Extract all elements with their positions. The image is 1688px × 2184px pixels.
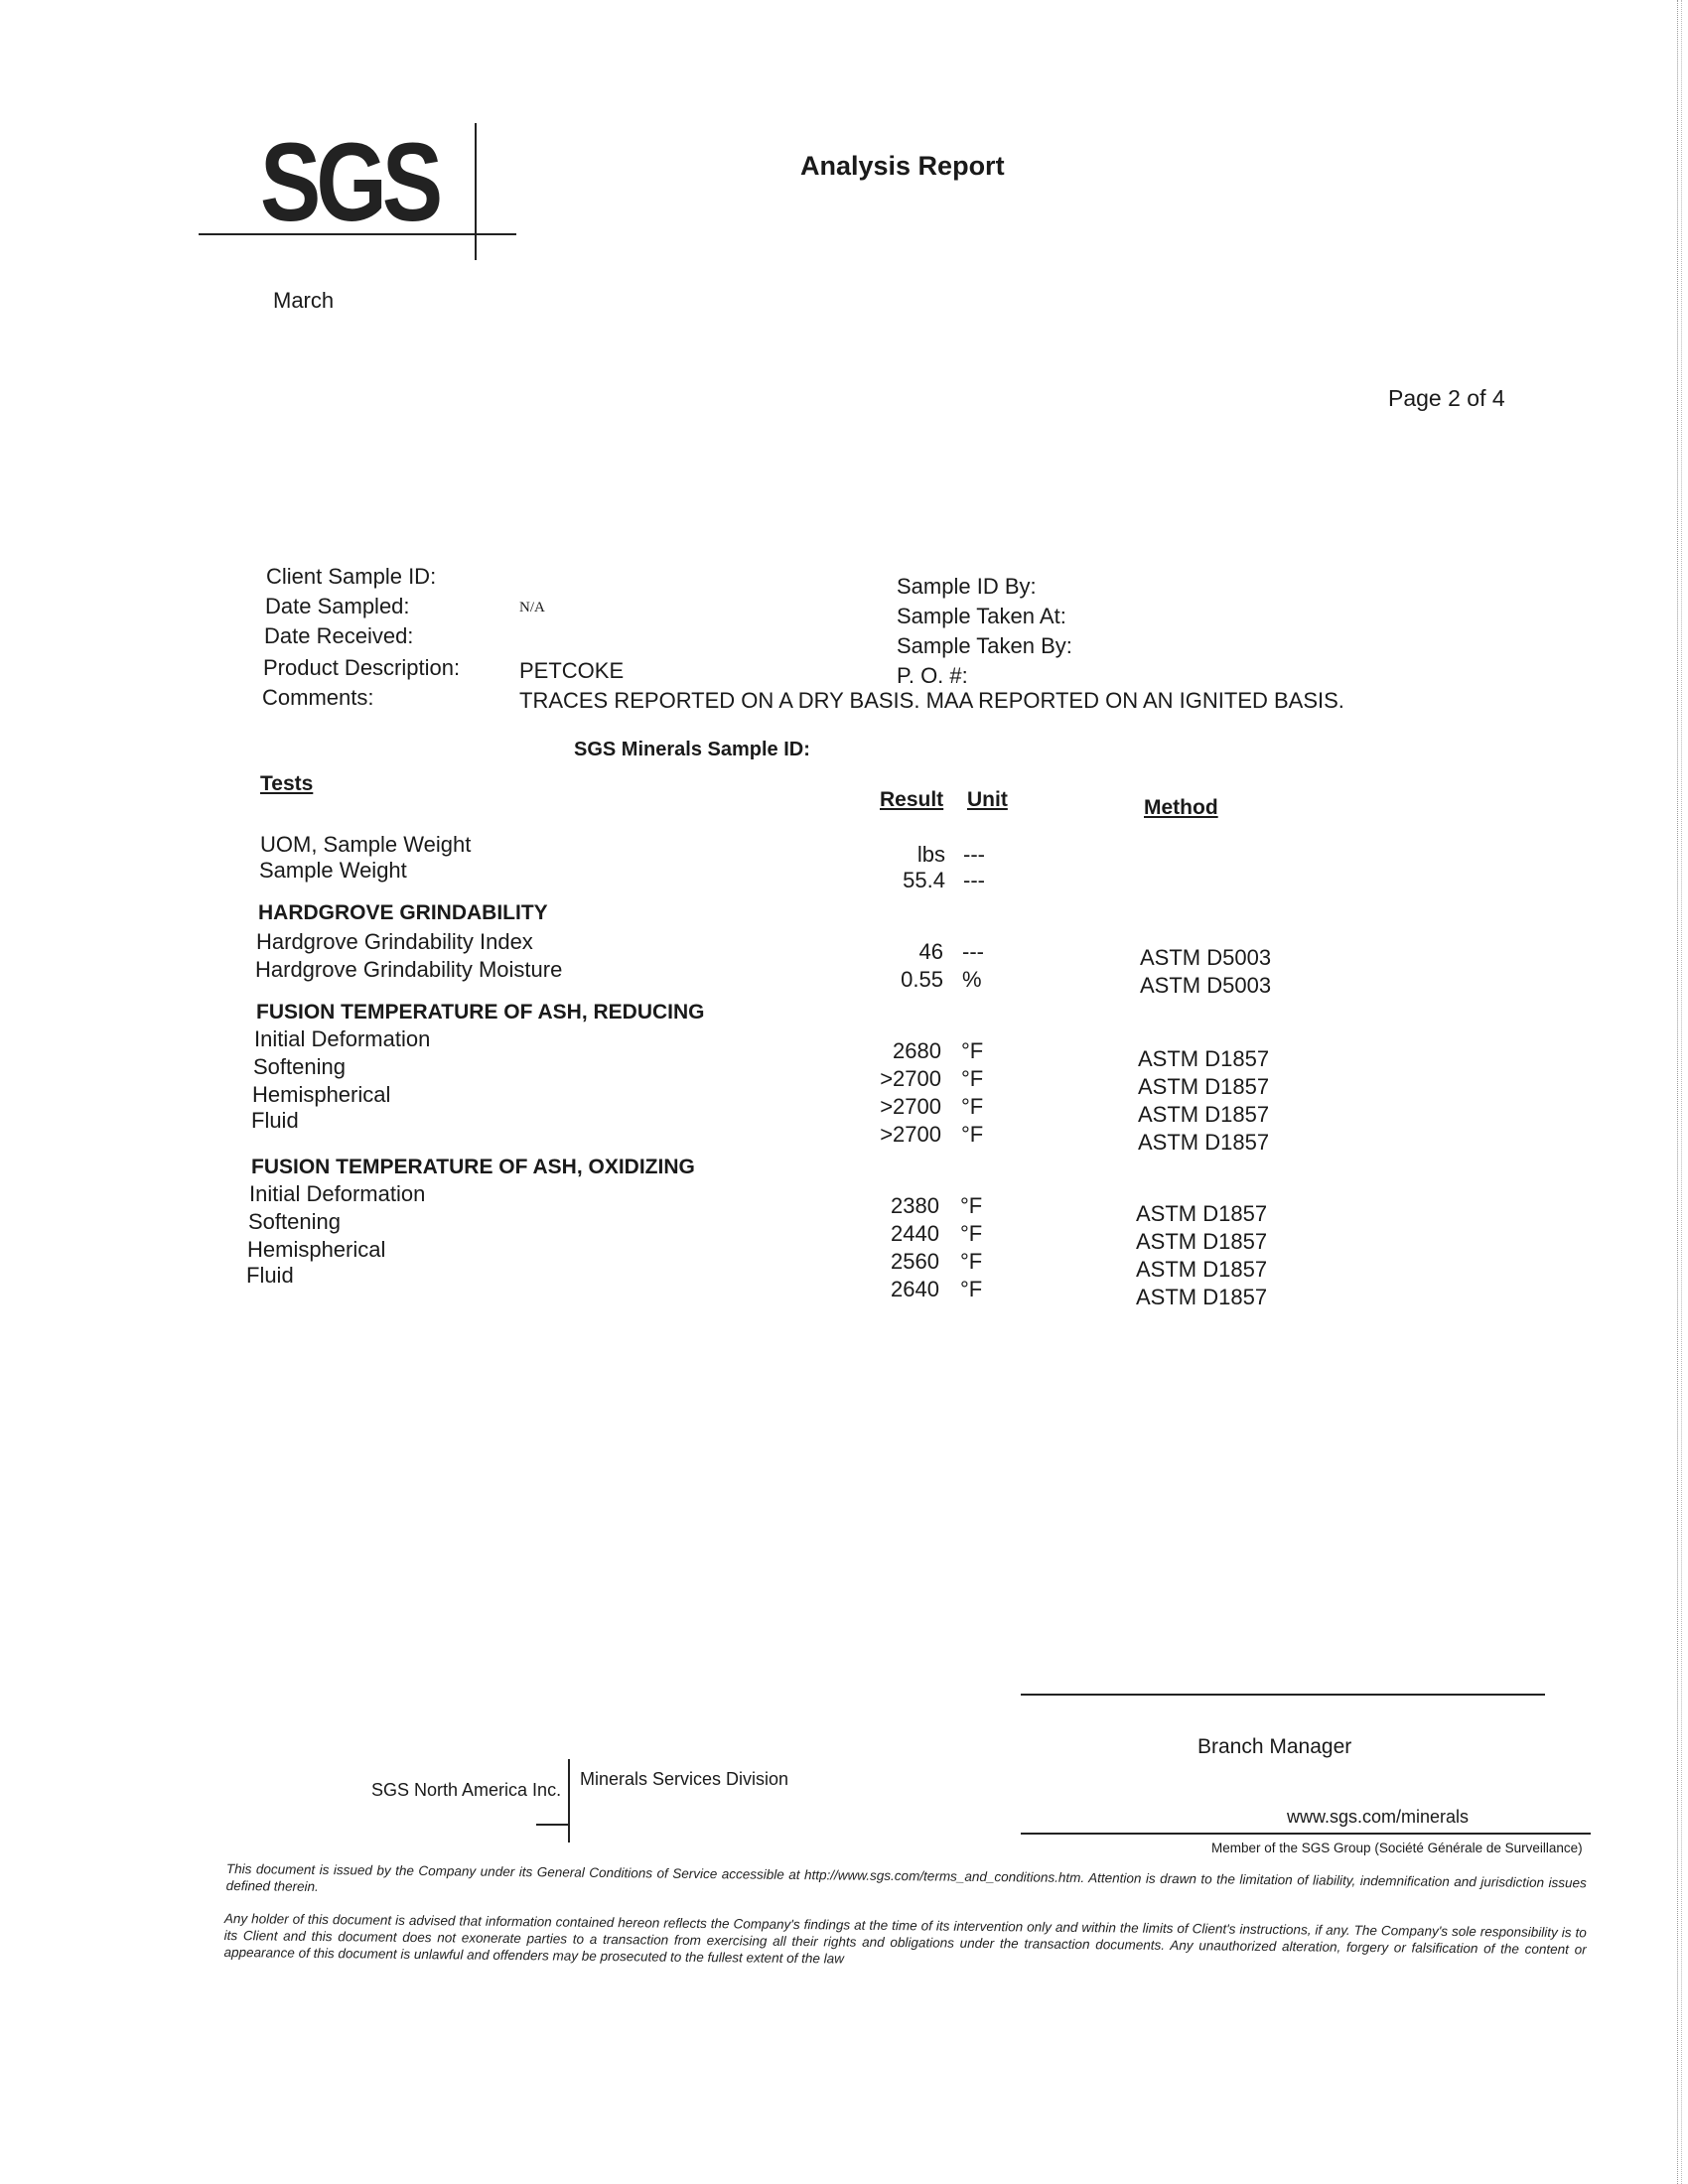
info-label: Sample Taken At: [897,604,1066,629]
test-result: 2640 [840,1277,939,1302]
test-name: Fluid [251,1108,299,1134]
test-method: ASTM D5003 [1140,945,1271,971]
test-unit: --- [962,939,984,965]
footer-rule [1021,1833,1591,1835]
test-name: Softening [253,1054,346,1080]
info-label: Date Received: [264,623,413,649]
info-label: P. O. #: [897,663,968,689]
info-value: N/A [519,600,545,616]
signature-title: Branch Manager [1197,1735,1351,1759]
page-indicator: Page 2 of 4 [1388,385,1505,412]
test-method: ASTM D1857 [1138,1130,1269,1156]
test-result: 0.55 [844,967,943,993]
test-result: 2380 [840,1193,939,1219]
test-name: Initial Deformation [254,1026,430,1052]
test-result: 55.4 [846,868,945,893]
test-unit: °F [960,1249,982,1275]
footer-divider-tick [536,1824,570,1826]
logo-rule-vertical [475,123,477,260]
test-name: Hemispherical [252,1082,390,1108]
test-name: Hardgrove Grindability Moisture [255,957,562,983]
test-method: ASTM D1857 [1138,1074,1269,1100]
test-result: 2680 [842,1038,941,1064]
info-label: Sample ID By: [897,574,1037,600]
test-method: ASTM D1857 [1136,1201,1267,1227]
company-name: SGS North America Inc. [371,1780,561,1801]
test-unit: °F [961,1066,983,1092]
test-name: UOM, Sample Weight [260,832,471,858]
col-header-method: Method [1144,796,1218,820]
test-name: Hemispherical [247,1237,385,1263]
report-title: Analysis Report [800,151,1005,182]
test-name: Sample Weight [259,858,407,884]
test-unit: °F [960,1193,982,1219]
test-unit: °F [961,1122,983,1148]
test-unit: % [962,967,982,993]
minerals-sample-id-label: SGS Minerals Sample ID: [574,739,810,761]
info-value: PETCOKE [519,658,624,684]
legal-disclaimer: Any holder of this document is advised t… [223,1910,1586,1975]
test-method: ASTM D1857 [1138,1046,1269,1072]
test-result: 2560 [840,1249,939,1275]
test-method: ASTM D1857 [1136,1285,1267,1310]
section-heading: HARDGROVE GRINDABILITY [258,901,548,925]
test-unit: --- [963,842,985,868]
test-name: Fluid [246,1263,294,1289]
col-header-tests: Tests [260,772,313,796]
test-result: >2700 [842,1094,941,1120]
section-heading: FUSION TEMPERATURE OF ASH, REDUCING [256,1001,705,1024]
test-result: lbs [846,842,945,868]
test-name: Softening [248,1209,341,1235]
member-note: Member of the SGS Group (Société Général… [1211,1841,1583,1855]
test-method: ASTM D1857 [1136,1229,1267,1255]
logo-rule [199,233,516,235]
info-label: Client Sample ID: [266,564,436,590]
sgs-logo: SGS [260,127,438,238]
legal-terms: This document is issued by the Company u… [226,1860,1587,1908]
website-link[interactable]: www.sgs.com/minerals [1287,1807,1469,1828]
info-value: TRACES REPORTED ON A DRY BASIS. MAA REPO… [519,688,1344,714]
test-name: Hardgrove Grindability Index [256,929,533,955]
test-result: >2700 [842,1122,941,1148]
scan-edge [1677,0,1682,2184]
test-result: >2700 [842,1066,941,1092]
col-header-unit: Unit [967,788,1008,812]
info-label: Product Description: [263,655,460,681]
test-unit: °F [960,1277,982,1302]
signature-line [1021,1694,1545,1696]
test-unit: °F [961,1038,983,1064]
info-label: Sample Taken By: [897,633,1072,659]
footer-divider [568,1759,570,1843]
test-unit: °F [960,1221,982,1247]
test-unit: --- [963,868,985,893]
division-name: Minerals Services Division [580,1769,788,1790]
info-label: Comments: [262,685,373,711]
col-header-result: Result [880,788,943,812]
test-name: Initial Deformation [249,1181,425,1207]
test-unit: °F [961,1094,983,1120]
section-heading: FUSION TEMPERATURE OF ASH, OXIDIZING [251,1156,695,1179]
report-date: March [273,288,334,314]
test-result: 46 [844,939,943,965]
test-method: ASTM D5003 [1140,973,1271,999]
test-method: ASTM D1857 [1136,1257,1267,1283]
info-label: Date Sampled: [265,594,410,619]
test-result: 2440 [840,1221,939,1247]
test-method: ASTM D1857 [1138,1102,1269,1128]
